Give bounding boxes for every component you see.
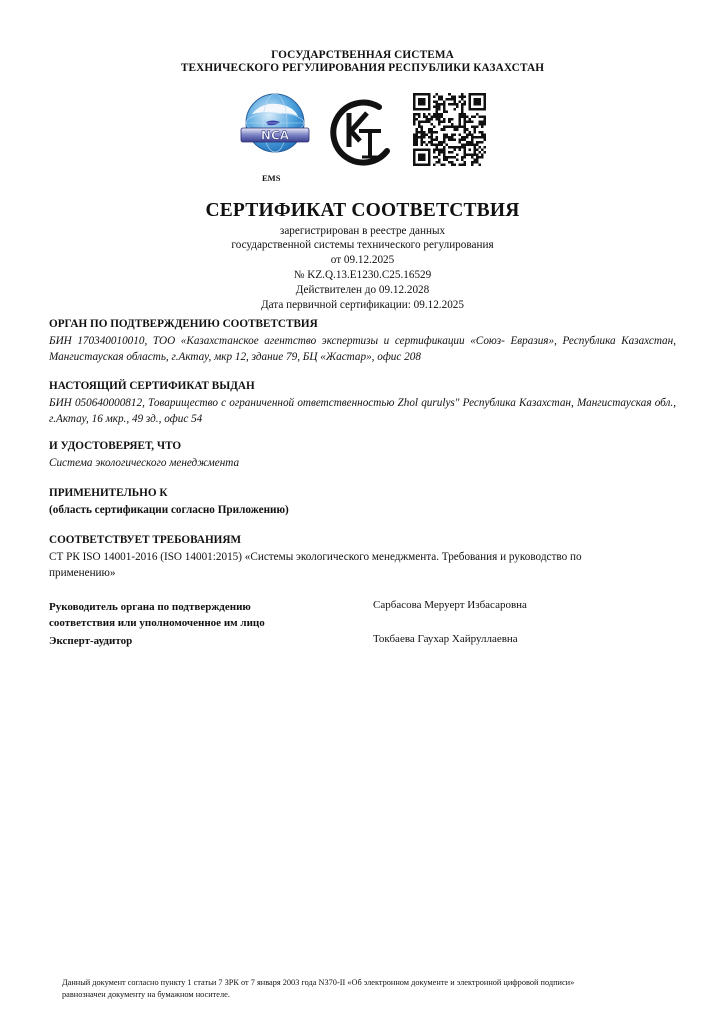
legal-footer: Данный документ согласно пункту 1 статьи… [62, 977, 682, 1000]
issued-to-heading: НАСТОЯЩИЙ СЕРТИФИКАТ ВЫДАН [49, 380, 255, 392]
signatory-2-name: Токбаева Гаухар Хайруллаевна [373, 633, 518, 645]
globe-icon: NCA [238, 92, 312, 158]
certificate-date: от 09.12.2025 [0, 254, 725, 266]
qr-code [413, 93, 486, 166]
certificate-title: СЕРТИФИКАТ СООТВЕТСТВИЯ [0, 200, 725, 222]
requirements-heading: СООТВЕТСТВУЕТ ТРЕБОВАНИЯМ [49, 534, 241, 546]
footer-line-1: Данный документ согласно пункту 1 статьи… [62, 977, 682, 989]
issued-to-text: БИН 050640000812, Товарищество с огранич… [49, 395, 676, 427]
signatory-1-name: Сарбасова Меруерт Избасаровна [373, 599, 527, 611]
certificate-number: № KZ.Q.13.E1230.C25.16529 [0, 269, 725, 281]
kt-conformity-mark [327, 93, 393, 169]
signatory-1-label-line-2: соответствия или уполномоченное им лицо [49, 615, 265, 631]
certification-body-text: БИН 170340010010, ТОО «Казахстанское аге… [49, 333, 676, 365]
globe-nca-logo: NCA [238, 92, 312, 158]
header-line-1: ГОСУДАРСТВЕННАЯ СИСТЕМА [0, 49, 725, 61]
registered-line-1: зарегистрирован в реестре данных [0, 225, 725, 237]
applicable-heading: ПРИМЕНИТЕЛЬНО К [49, 487, 168, 499]
header-line-2: ТЕХНИЧЕСКОГО РЕГУЛИРОВАНИЯ РЕСПУБЛИКИ КА… [0, 62, 725, 74]
qr-code-icon [413, 93, 486, 166]
signatory-1-label-line-1: Руководитель органа по подтверждению [49, 599, 265, 615]
footer-line-2: равнозначен документу на бумажном носите… [62, 989, 682, 1001]
registered-line-2: государственной системы технического рег… [0, 239, 725, 251]
requirements-text: СТ РК ISO 14001-2016 (ISO 14001:2015) «С… [49, 549, 619, 581]
signatory-2-label: Эксперт-аудитор [49, 633, 132, 649]
signatory-1-label: Руководитель органа по подтверждению соо… [49, 599, 265, 631]
kt-mark-icon [327, 93, 393, 169]
certification-body-heading: ОРГАН ПО ПОДТВЕРЖДЕНИЮ СООТВЕТСТВИЯ [49, 318, 318, 330]
valid-until: Действителен до 09.12.2028 [0, 284, 725, 296]
certifies-heading: И УДОСТОВЕРЯЕТ, ЧТО [49, 440, 181, 452]
ems-caption: EMS [262, 173, 280, 183]
certifies-text: Система экологического менеджмента [49, 455, 676, 471]
initial-certification-date: Дата первичной сертификации: 09.12.2025 [0, 299, 725, 311]
applicable-subheading: (область сертификации согласно Приложени… [49, 504, 289, 516]
svg-text:NCA: NCA [261, 129, 290, 143]
